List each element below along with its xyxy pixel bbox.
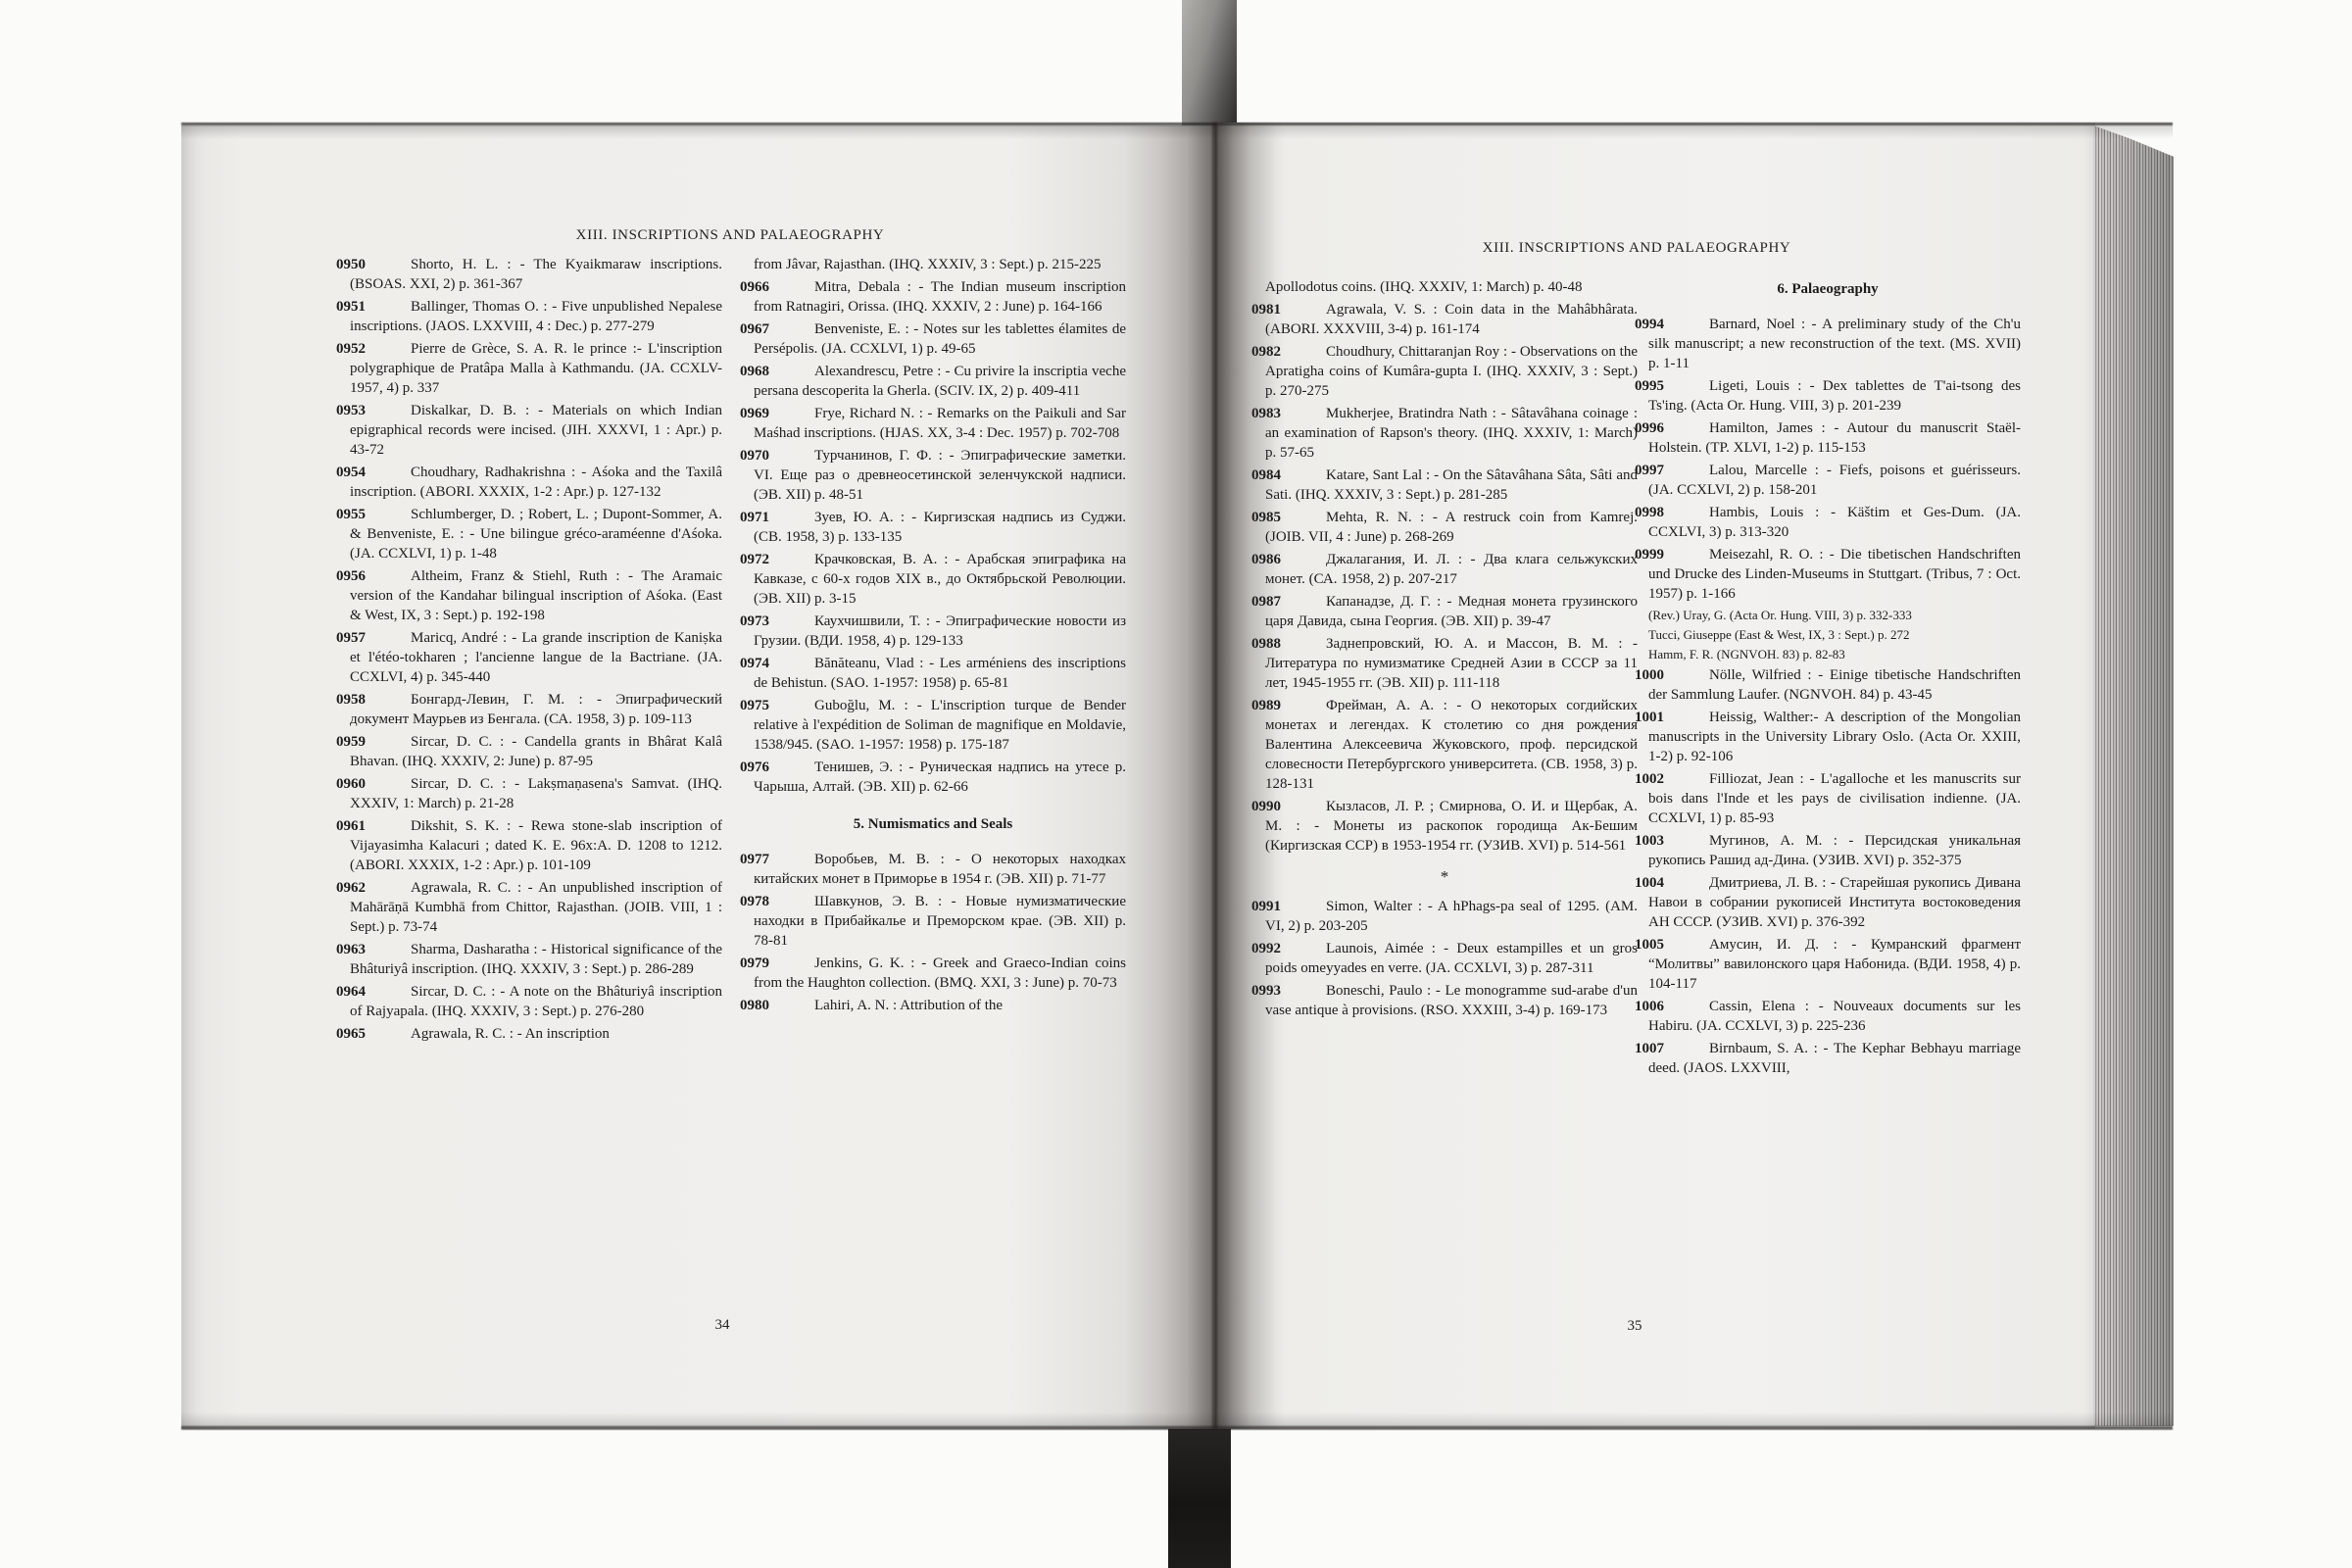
section-separator: *	[1251, 867, 1638, 887]
bib-entry: 1000Nölle, Wilfried : - Einige tibetisch…	[1635, 665, 2021, 705]
bib-entry: 0959Sircar, D. C. : - Candella grants in…	[336, 732, 722, 771]
entry-number: 0976	[740, 758, 814, 777]
bib-entry: 0950Shorto, H. L. : - The Kyaikmaraw ins…	[336, 255, 722, 294]
book-bottom-edge	[181, 1426, 2173, 1430]
left-page-column-2: from Jâvar, Rajasthan. (IHQ. XXXIV, 3 : …	[740, 255, 1126, 1305]
entry-number: 0981	[1251, 300, 1326, 319]
bib-entry: 1002Filliozat, Jean : - L'agalloche et l…	[1635, 769, 2021, 828]
bib-entry: 0952Pierre de Grèce, S. A. R. le prince …	[336, 339, 722, 398]
spine-gap-bottom	[1168, 1427, 1231, 1568]
entry-number: 0990	[1251, 797, 1326, 816]
entry-number: 0955	[336, 505, 411, 524]
entry-number: 1003	[1635, 831, 1709, 851]
bib-entry: 0969Frye, Richard N. : - Remarks on the …	[740, 404, 1126, 443]
bib-entry: 0966Mitra, Debala : - The Indian museum …	[740, 277, 1126, 317]
left-page-number: 34	[693, 1317, 752, 1334]
bib-entry: 0992Launois, Aimée : - Deux estampilles …	[1251, 939, 1638, 978]
entry-number: 0957	[336, 628, 411, 648]
bib-entry: 0968Alexandrescu, Petre : - Cu privire l…	[740, 362, 1126, 401]
bib-entry: 0955Schlumberger, D. ; Robert, L. ; Dupo…	[336, 505, 722, 563]
entry-number: 0965	[336, 1024, 411, 1044]
bib-entry: 0972Крачковская, В. А. : - Арабская эпиг…	[740, 550, 1126, 609]
entry-number: 0952	[336, 339, 411, 359]
spine-gap-top	[1182, 0, 1237, 127]
bib-entry: 0994Barnard, Noel : - A preliminary stud…	[1635, 315, 2021, 373]
bib-entry: 0976Тенишев, Э. : - Руническая надпись н…	[740, 758, 1126, 797]
bib-entry: 0996Hamilton, James : - Autour du manusc…	[1635, 418, 2021, 458]
right-page: XIII. INSCRIPTIONS AND PALAEOGRAPHY Apol…	[1215, 122, 2095, 1429]
left-page-column-1: 0950Shorto, H. L. : - The Kyaikmaraw ins…	[336, 255, 722, 1305]
bib-review-note: (Rev.) Uray, G. (Acta Or. Hung. VIII, 3)…	[1635, 607, 2021, 624]
bib-entry: 0977Воробьев, М. В. : - О некоторых нахо…	[740, 850, 1126, 889]
entry-number: 0985	[1251, 508, 1326, 527]
entry-text: Apollodotus coins. (IHQ. XXXIV, 1: March…	[1265, 279, 1582, 295]
entry-number: 0972	[740, 550, 814, 569]
bib-entry: 0988Заднепровский, Ю. А. и Массон, В. М.…	[1251, 634, 1638, 693]
entry-number: 0989	[1251, 696, 1326, 715]
entry-number: 0979	[740, 954, 814, 973]
bib-entry: 0962Agrawala, R. C. : - An unpublished i…	[336, 878, 722, 937]
bib-entry: 0990Кызласов, Л. Р. ; Смирнова, О. И. и …	[1251, 797, 1638, 856]
entry-text: Lahiri, A. N. : Attribution of the	[814, 998, 1003, 1013]
entry-number: 0983	[1251, 404, 1326, 423]
entry-number: 1000	[1635, 665, 1709, 685]
entry-number: 1001	[1635, 708, 1709, 727]
bib-entry: 0958Бонгард-Левин, Г. М. : - Эпиграфичес…	[336, 690, 722, 729]
entry-number: 0967	[740, 319, 814, 339]
bib-entry-continuation: Apollodotus coins. (IHQ. XXXIV, 1: March…	[1251, 277, 1638, 297]
bib-entry: 1006Cassin, Elena : - Nouveaux documents…	[1635, 997, 2021, 1036]
entry-number: 0973	[740, 612, 814, 631]
bib-entry: 1005Амусин, И. Д. : - Кумранский фрагмен…	[1635, 935, 2021, 994]
entry-number: 0956	[336, 566, 411, 586]
bib-review-note: Hamm, F. R. (NGNVOH. 83) p. 82-83	[1635, 646, 2021, 663]
entry-number: 0971	[740, 508, 814, 527]
entry-number: 0969	[740, 404, 814, 423]
entry-number: 0980	[740, 996, 814, 1015]
section-heading: 6. Palaeography	[1635, 279, 2021, 299]
entry-number: 0974	[740, 654, 814, 673]
entry-number: 0993	[1251, 981, 1326, 1001]
bib-entry: 0953Diskalkar, D. B. : - Materials on wh…	[336, 401, 722, 460]
entry-text: (Rev.) Uray, G. (Acta Or. Hung. VIII, 3)…	[1648, 608, 1912, 622]
entry-number: 0975	[740, 696, 814, 715]
entry-number: 0986	[1251, 550, 1326, 569]
entry-number: 0962	[336, 878, 411, 898]
bib-entry: 0981Agrawala, V. S. : Coin data in the M…	[1251, 300, 1638, 339]
entry-number: 0982	[1251, 342, 1326, 362]
entry-number: 0966	[740, 277, 814, 297]
bib-entry: 1003Мугинов, А. М. : - Персидская уникал…	[1635, 831, 2021, 870]
bib-entry: 1007Birnbaum, S. A. : - The Kephar Bebha…	[1635, 1039, 2021, 1078]
entry-number: 0958	[336, 690, 411, 710]
bib-review-note: Tucci, Giuseppe (East & West, IX, 3 : Se…	[1635, 626, 2021, 644]
bib-entry: 0985Mehta, R. N. : - A restruck coin fro…	[1251, 508, 1638, 547]
bib-entry: 0954Choudhary, Radhakrishna : - Aśoka an…	[336, 463, 722, 502]
bib-entry: 0960Sircar, D. C. : - Lakṣmaṇasena's Sam…	[336, 774, 722, 813]
entry-number: 0995	[1635, 376, 1709, 396]
entry-number: 0950	[336, 255, 411, 274]
entry-text: Agrawala, R. C. : - An inscription	[411, 1026, 610, 1042]
entry-number: 0992	[1251, 939, 1326, 958]
entry-number: 0997	[1635, 461, 1709, 480]
book-spread-photo: XIII. INSCRIPTIONS AND PALAEOGRAPHY 0950…	[0, 0, 2352, 1568]
bib-entry: 0993Boneschi, Paulo : - Le monogramme su…	[1251, 981, 1638, 1020]
entry-number: 0961	[336, 816, 411, 836]
bib-entry: 0980Lahiri, A. N. : Attribution of the	[740, 996, 1126, 1015]
entry-number: 0996	[1635, 418, 1709, 438]
entry-number: 0998	[1635, 503, 1709, 522]
bib-entry: 0997Lalou, Marcelle : - Fiefs, poisons e…	[1635, 461, 2021, 500]
bib-entry: 0991Simon, Walter : - A hPhags-pa seal o…	[1251, 897, 1638, 936]
entry-number: 0988	[1251, 634, 1326, 654]
bib-entry: 0995Ligeti, Louis : - Dex tablettes de T…	[1635, 376, 2021, 416]
entry-number: 0959	[336, 732, 411, 752]
bib-entry-continuation: from Jâvar, Rajasthan. (IHQ. XXXIV, 3 : …	[740, 255, 1126, 274]
entry-text: Tucci, Giuseppe (East & West, IX, 3 : Se…	[1648, 627, 1910, 642]
bib-entry: 0984Katare, Sant Lal : - On the Sâtavâha…	[1251, 465, 1638, 505]
entry-number: 0963	[336, 940, 411, 959]
entry-number: 1005	[1635, 935, 1709, 955]
page-edge-stack	[2093, 125, 2174, 1426]
section-heading-label: 6. Palaeography	[1777, 281, 1878, 297]
entry-text: Hamm, F. R. (NGNVOH. 83) p. 82-83	[1648, 647, 1845, 661]
bib-entry: 0978Шавкунов, Э. В. : - Новые нумизматич…	[740, 892, 1126, 951]
bib-entry: 1001Heissig, Walther:- A description of …	[1635, 708, 2021, 766]
book-top-edge	[181, 122, 2173, 125]
bib-entry: 0973Каухчишвили, Т. : - Эпиграфические н…	[740, 612, 1126, 651]
bib-entry: 0989Фрейман, А. А. : - О некоторых согди…	[1251, 696, 1638, 794]
bib-entry: 0964Sircar, D. C. : - A note on the Bhât…	[336, 982, 722, 1021]
entry-number: 1002	[1635, 769, 1709, 789]
entry-number: 0953	[336, 401, 411, 420]
entry-number: 0951	[336, 297, 411, 317]
bib-entry: 0967Benveniste, E. : - Notes sur les tab…	[740, 319, 1126, 359]
bib-entry: 0951Ballinger, Thomas O. : - Five unpubl…	[336, 297, 722, 336]
bib-entry: 0957Maricq, André : - La grande inscript…	[336, 628, 722, 687]
right-page-number: 35	[1605, 1318, 1664, 1335]
section-heading-label: 5. Numismatics and Seals	[854, 816, 1013, 832]
right-page-column-1: Apollodotus coins. (IHQ. XXXIV, 1: March…	[1251, 277, 1638, 1336]
entry-number: 0994	[1635, 315, 1709, 334]
section-heading: 5. Numismatics and Seals	[740, 814, 1126, 834]
entry-number: 0984	[1251, 465, 1326, 485]
entry-number: 0987	[1251, 592, 1326, 612]
gutter-fold-line	[1212, 122, 1217, 1429]
entry-number: 0968	[740, 362, 814, 381]
right-running-head: XIII. INSCRIPTIONS AND PALAEOGRAPHY	[1245, 240, 2029, 257]
bib-entry: 0974Bănăteanu, Vlad : - Les arméniens de…	[740, 654, 1126, 693]
entry-number: 1004	[1635, 873, 1709, 893]
entry-text: from Jâvar, Rajasthan. (IHQ. XXXIV, 3 : …	[754, 257, 1101, 272]
bib-entry: 0983Mukherjee, Bratindra Nath : - Sâtavâ…	[1251, 404, 1638, 463]
right-page-column-2: 6. Palaeography0994Barnard, Noel : - A p…	[1635, 277, 2021, 1338]
bib-entry: 0971Зуев, Ю. А. : - Киргизская надпись и…	[740, 508, 1126, 547]
left-page: XIII. INSCRIPTIONS AND PALAEOGRAPHY 0950…	[181, 125, 1215, 1429]
bib-entry: 0961Dikshit, S. K. : - Rewa stone-slab i…	[336, 816, 722, 875]
entry-number: 0960	[336, 774, 411, 794]
bib-entry: 0998Hambis, Louis : - Käštim et Ges-Dum.…	[1635, 503, 2021, 542]
bib-entry: 0965Agrawala, R. C. : - An inscription	[336, 1024, 722, 1044]
left-running-head: XIII. INSCRIPTIONS AND PALAEOGRAPHY	[338, 227, 1122, 244]
bib-entry: 0986Джалагания, И. Л. : - Два клага сель…	[1251, 550, 1638, 589]
bib-entry: 0956Altheim, Franz & Stiehl, Ruth : - Th…	[336, 566, 722, 625]
entry-text: *	[1441, 867, 1449, 886]
bib-entry: 0975Guboğlu, M. : - L'inscription turque…	[740, 696, 1126, 755]
bib-entry: 0982Choudhury, Chittaranjan Roy : - Obse…	[1251, 342, 1638, 401]
entry-number: 0954	[336, 463, 411, 482]
bib-entry: 0970Турчанинов, Г. Ф. : - Эпиграфические…	[740, 446, 1126, 505]
entry-number: 0970	[740, 446, 814, 465]
entry-number: 0978	[740, 892, 814, 911]
bib-entry: 0987Капанадзе, Д. Г. : - Медная монета г…	[1251, 592, 1638, 631]
bib-entry: 0963Sharma, Dasharatha : - Historical si…	[336, 940, 722, 979]
entry-number: 0999	[1635, 545, 1709, 564]
entry-number: 0964	[336, 982, 411, 1002]
bib-entry: 0979Jenkins, G. K. : - Greek and Graeco-…	[740, 954, 1126, 993]
entry-number: 0991	[1251, 897, 1326, 916]
entry-number: 1006	[1635, 997, 1709, 1016]
entry-number: 1007	[1635, 1039, 1709, 1058]
entry-number: 0977	[740, 850, 814, 869]
bib-entry: 0999Meisezahl, R. O. : - Die tibetischen…	[1635, 545, 2021, 604]
bib-entry: 1004Дмитриева, Л. В. : - Старейшая рукоп…	[1635, 873, 2021, 932]
